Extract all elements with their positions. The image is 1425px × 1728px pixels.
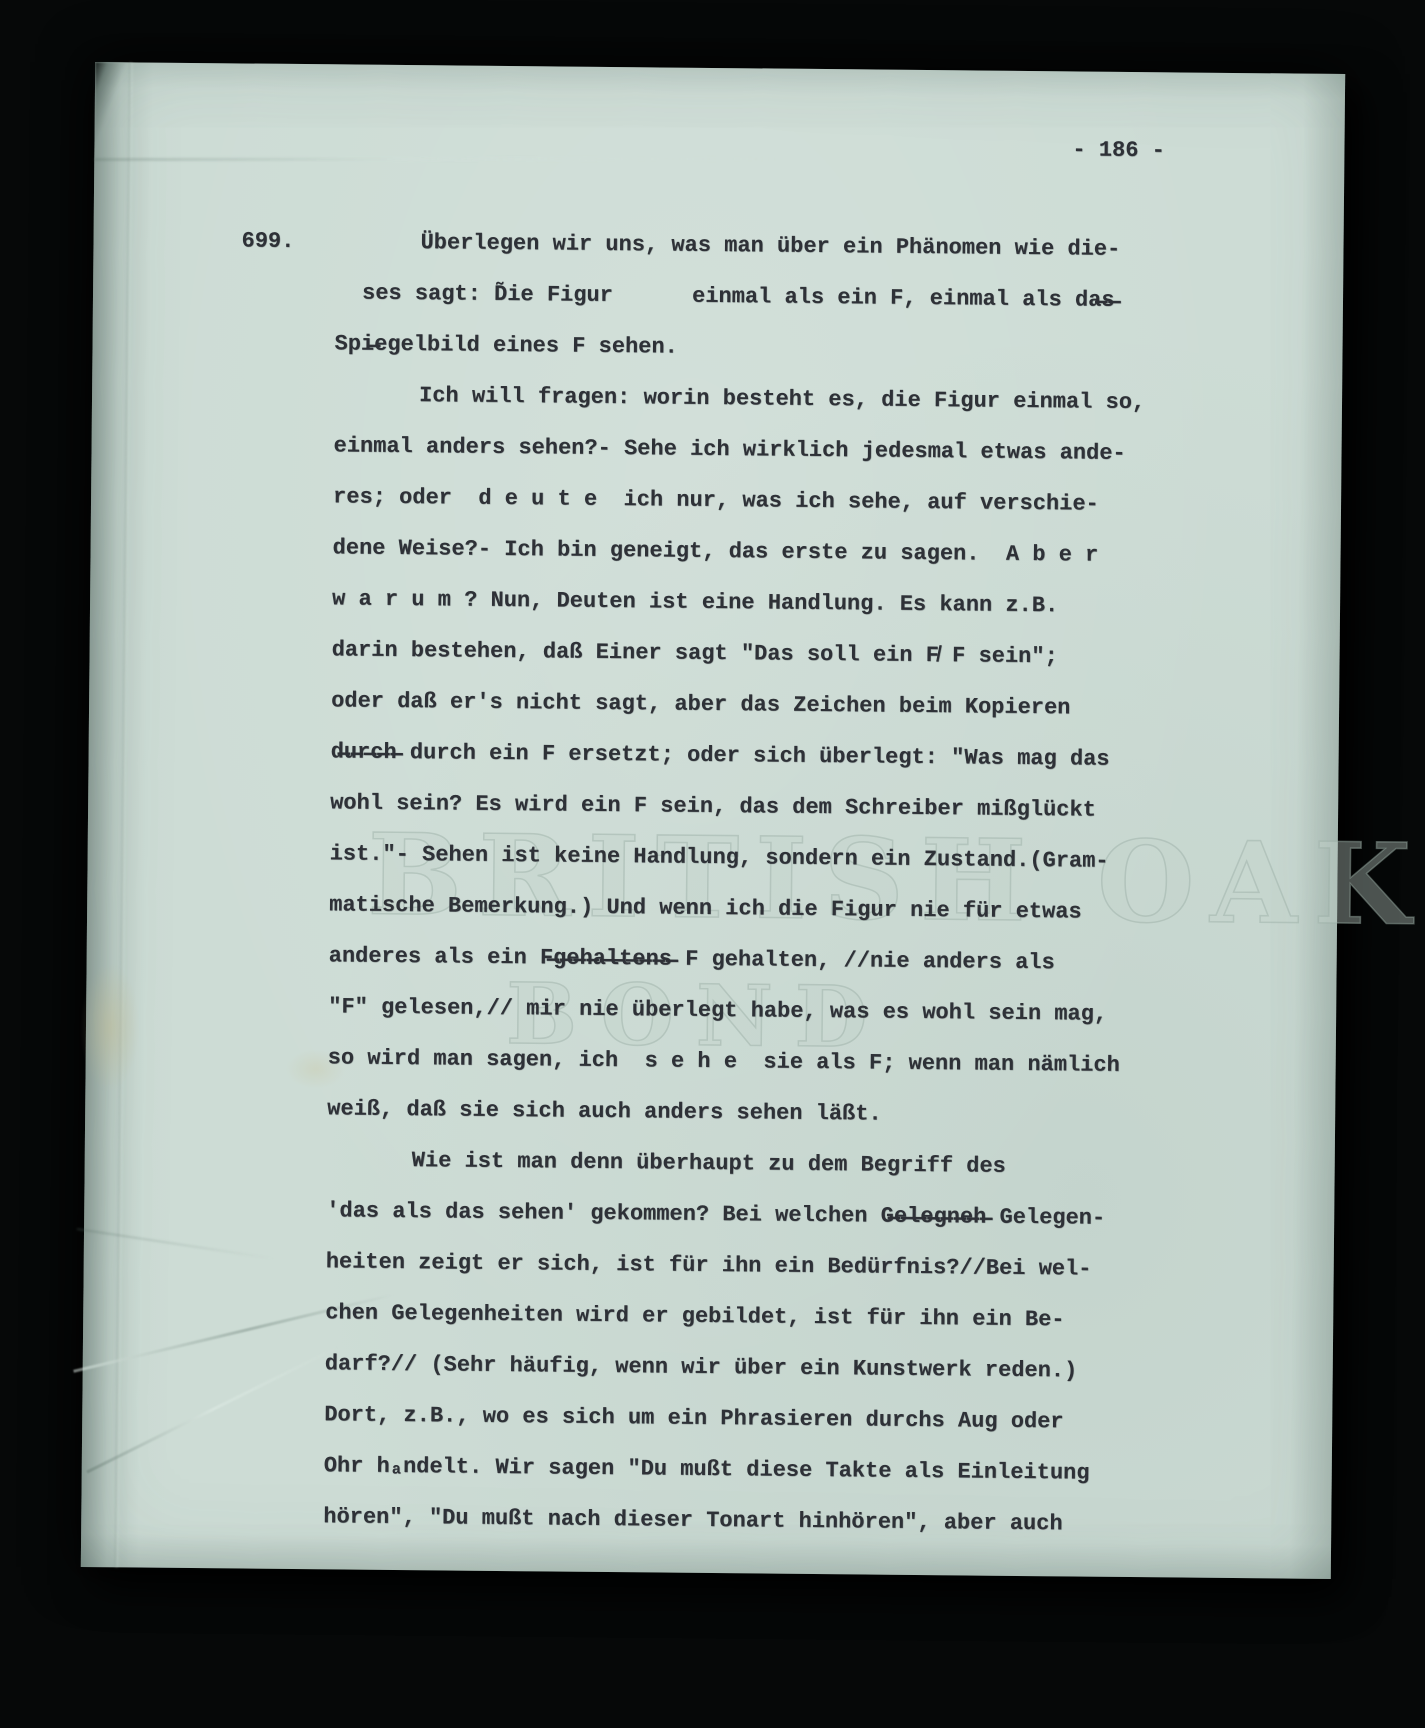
typescript-line: Spi̶egelbild eines F sehen. — [334, 318, 1294, 378]
typescript-line: heiten zeigt er sich, ist für ihn ein Be… — [326, 1236, 1286, 1296]
paper-sheet: BRITISH OAK BOND - 186 - 699. Überlegen … — [81, 62, 1345, 1579]
typescript-line: d̶u̶r̶c̶h̶ durch ein F ersetzt; oder sic… — [330, 726, 1290, 786]
top-crease-decoration — [94, 157, 854, 161]
typescript-line: darf?// (Sehr häufig, wenn wir über ein … — [325, 1338, 1285, 1398]
typescript-line: oder daß er's nicht sagt, aber das Zeich… — [331, 675, 1291, 735]
typescript-line: so wird man sagen, ich s e h e sie als F… — [327, 1032, 1287, 1092]
typescript-line: w a r u m ? Nun, Deuten ist eine Handlun… — [332, 573, 1292, 633]
typescript-line: anderes als ein F̶g̶e̶h̶a̶l̶t̶e̶n̶s̶ F g… — [328, 930, 1288, 990]
typescript-line: Ohr hₐndelt. Wir sagen "Du mußt diese Ta… — [324, 1440, 1284, 1500]
typescript-line: Wie ist man denn überhaupt zu dem Begrif… — [326, 1134, 1286, 1194]
typescript-line: ses sagt: D̃ie Figur einmal als ein F, e… — [335, 267, 1295, 327]
paper-stain — [79, 962, 140, 1093]
text-lines: Überlegen wir uns, was man über ein Phän… — [323, 216, 1296, 1551]
typescript-line: ist."- Sehen ist keine Handlung, sondern… — [329, 828, 1289, 888]
scan-background: { "document": { "page_number": "- 186 -"… — [0, 0, 1425, 1728]
typescript-line: res; oder d e u t e ich nur, was ich seh… — [333, 471, 1293, 531]
typescript-line: darin bestehen, daß Einer sagt "Das soll… — [331, 624, 1291, 684]
vertical-crease-decoration — [115, 62, 133, 1567]
typescript-line: 'das als das sehen' gekommen? Bei welche… — [326, 1185, 1286, 1245]
typescript-line: chen Gelegenheiten wird er gebildet, ist… — [325, 1287, 1285, 1347]
bottom-left-crease-decoration — [77, 1228, 275, 1260]
typescript-line: Dort, z.B., wo es sich um ein Phrasieren… — [324, 1389, 1284, 1449]
typescript-line: weiß, daß sie sich auch anders sehen läß… — [327, 1083, 1287, 1143]
typescript-line: matische Bemerkung.) Und wenn ich die Fi… — [329, 879, 1289, 939]
corner-bend-decoration — [94, 62, 129, 212]
typescript-line: Überlegen wir uns, was man über ein Phän… — [335, 216, 1295, 276]
typescript-line: einmal anders sehen?- Sehe ich wirklich … — [333, 420, 1293, 480]
typescript-line: "F" gelesen,// mir nie überlegt habe, wa… — [328, 981, 1288, 1041]
typescript-line: wohl sein? Es wird ein F sein, das dem S… — [330, 777, 1290, 837]
remark-number: 699. — [241, 215, 294, 267]
typescript-line: dene Weise?- Ich bin geneigt, das erste … — [332, 522, 1292, 582]
typescript-line: hören", "Du mußt nach dieser Tonart hinh… — [323, 1491, 1283, 1551]
typescript-line: Ich will fragen: worin besteht es, die F… — [334, 369, 1294, 429]
page-number: - 186 - — [1072, 137, 1165, 164]
bottom-left-crease-decoration — [86, 1346, 338, 1473]
